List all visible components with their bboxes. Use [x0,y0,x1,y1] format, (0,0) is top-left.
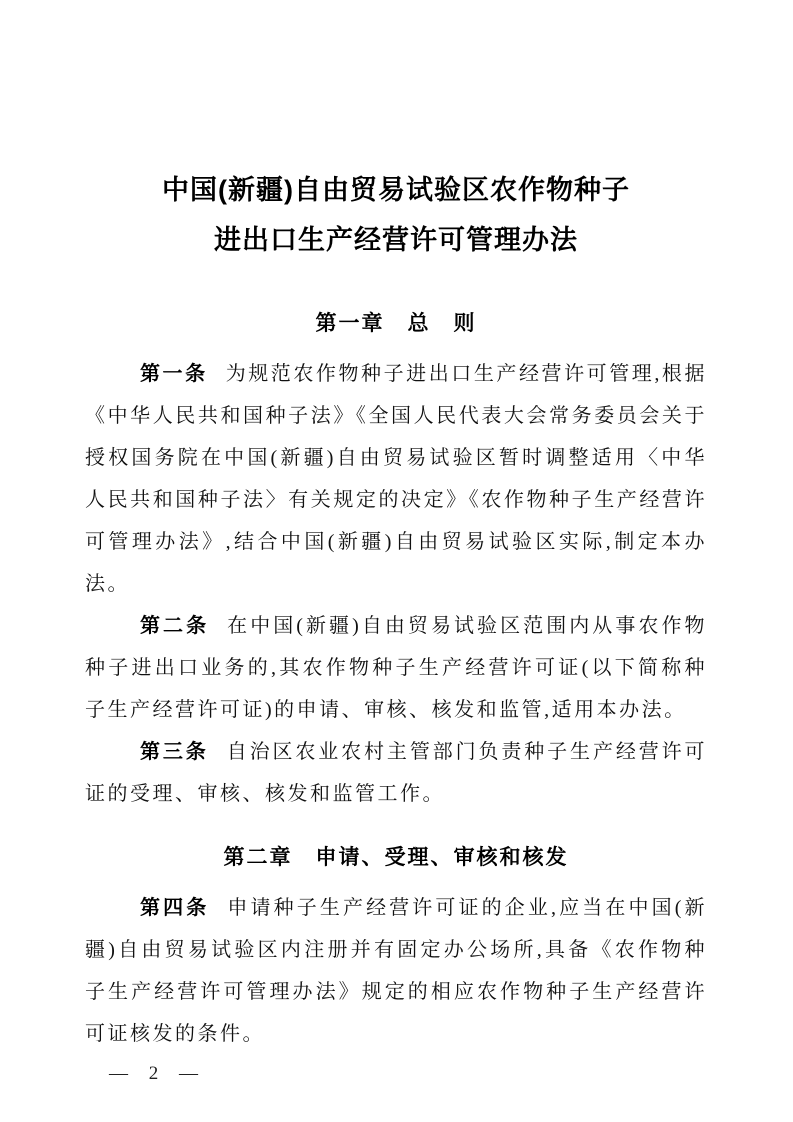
page-number: — 2 — [109,1063,707,1085]
title-line-2: 进出口生产经营许可管理办法 [85,215,707,265]
document-content: 中国(新疆)自由贸易试验区农作物种子 进出口生产经营许可管理办法 第一章 总 则… [85,165,707,1085]
article-1-paragraph: 第一条为规范农作物种子进出口生产经营许可管理,根据《中华人民共和国种子法》《全国… [85,353,707,605]
article-1-label: 第一条 [140,363,208,385]
document-title: 中国(新疆)自由贸易试验区农作物种子 进出口生产经营许可管理办法 [85,165,707,265]
chapter-2-heading: 第二章 申请、受理、审核和核发 [85,837,707,879]
document-page: 中国(新疆)自由贸易试验区农作物种子 进出口生产经营许可管理办法 第一章 总 则… [0,0,793,1122]
article-3-paragraph: 第三条自治区农业农村主管部门负责种子生产经营许可证的受理、审核、核发和监管工作。 [85,731,707,815]
article-4-text: 申请种子生产经营许可证的企业,应当在中国(新疆)自由贸易试验区内注册并有固定办公… [85,897,707,1045]
chapter-1-heading: 第一章 总 则 [85,303,707,345]
article-2-label: 第二条 [140,615,209,637]
title-line-1: 中国(新疆)自由贸易试验区农作物种子 [85,165,707,215]
article-3-label: 第三条 [140,741,209,763]
article-4-label: 第四条 [140,897,209,919]
article-1-text: 为规范农作物种子进出口生产经营许可管理,根据《中华人民共和国种子法》《全国人民代… [85,363,707,595]
article-2-paragraph: 第二条在中国(新疆)自由贸易试验区范围内从事农作物种子进出口业务的,其农作物种子… [85,605,707,731]
article-4-paragraph: 第四条申请种子生产经营许可证的企业,应当在中国(新疆)自由贸易试验区内注册并有固… [85,887,707,1055]
